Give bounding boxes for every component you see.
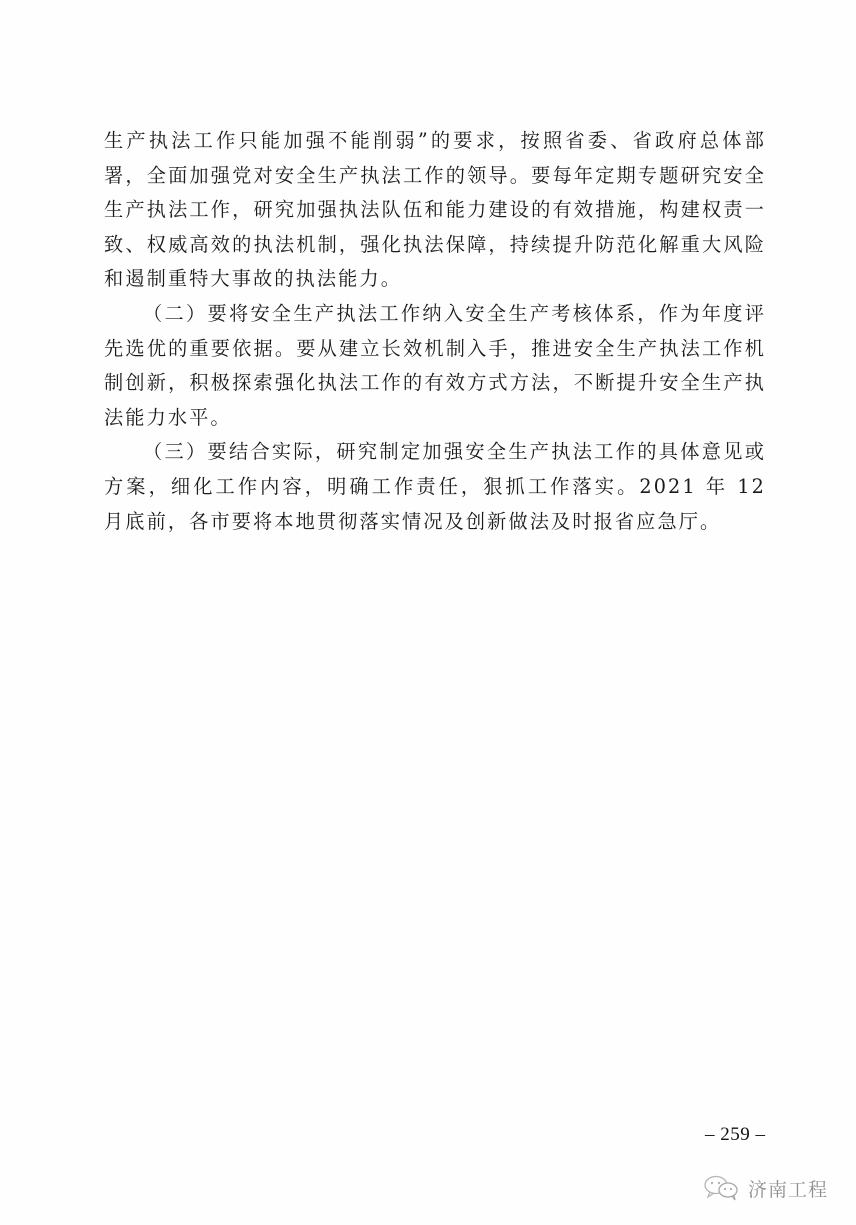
paragraph-item-3: （三）要结合实际，研究制定加强安全生产执法工作的具体意见或方案，细化工作内容，明… <box>104 435 766 539</box>
document-body: 生产执法工作只能加强不能削弱”的要求，按照省委、省政府总体部署，全面加强党对安全… <box>104 124 766 539</box>
paragraph-item-2: （二）要将安全生产执法工作纳入安全生产考核体系，作为年度评先选优的重要依据。要从… <box>104 297 766 435</box>
page-number: – 259 – <box>705 1124 766 1146</box>
watermark-label: 济南工程 <box>748 1175 828 1202</box>
wechat-icon <box>702 1174 742 1202</box>
document-page: 生产执法工作只能加强不能削弱”的要求，按照省委、省政府总体部署，全面加强党对安全… <box>0 0 856 1225</box>
watermark: 济南工程 <box>702 1174 828 1202</box>
paragraph-continuation: 生产执法工作只能加强不能削弱”的要求，按照省委、省政府总体部署，全面加强党对安全… <box>104 124 766 297</box>
